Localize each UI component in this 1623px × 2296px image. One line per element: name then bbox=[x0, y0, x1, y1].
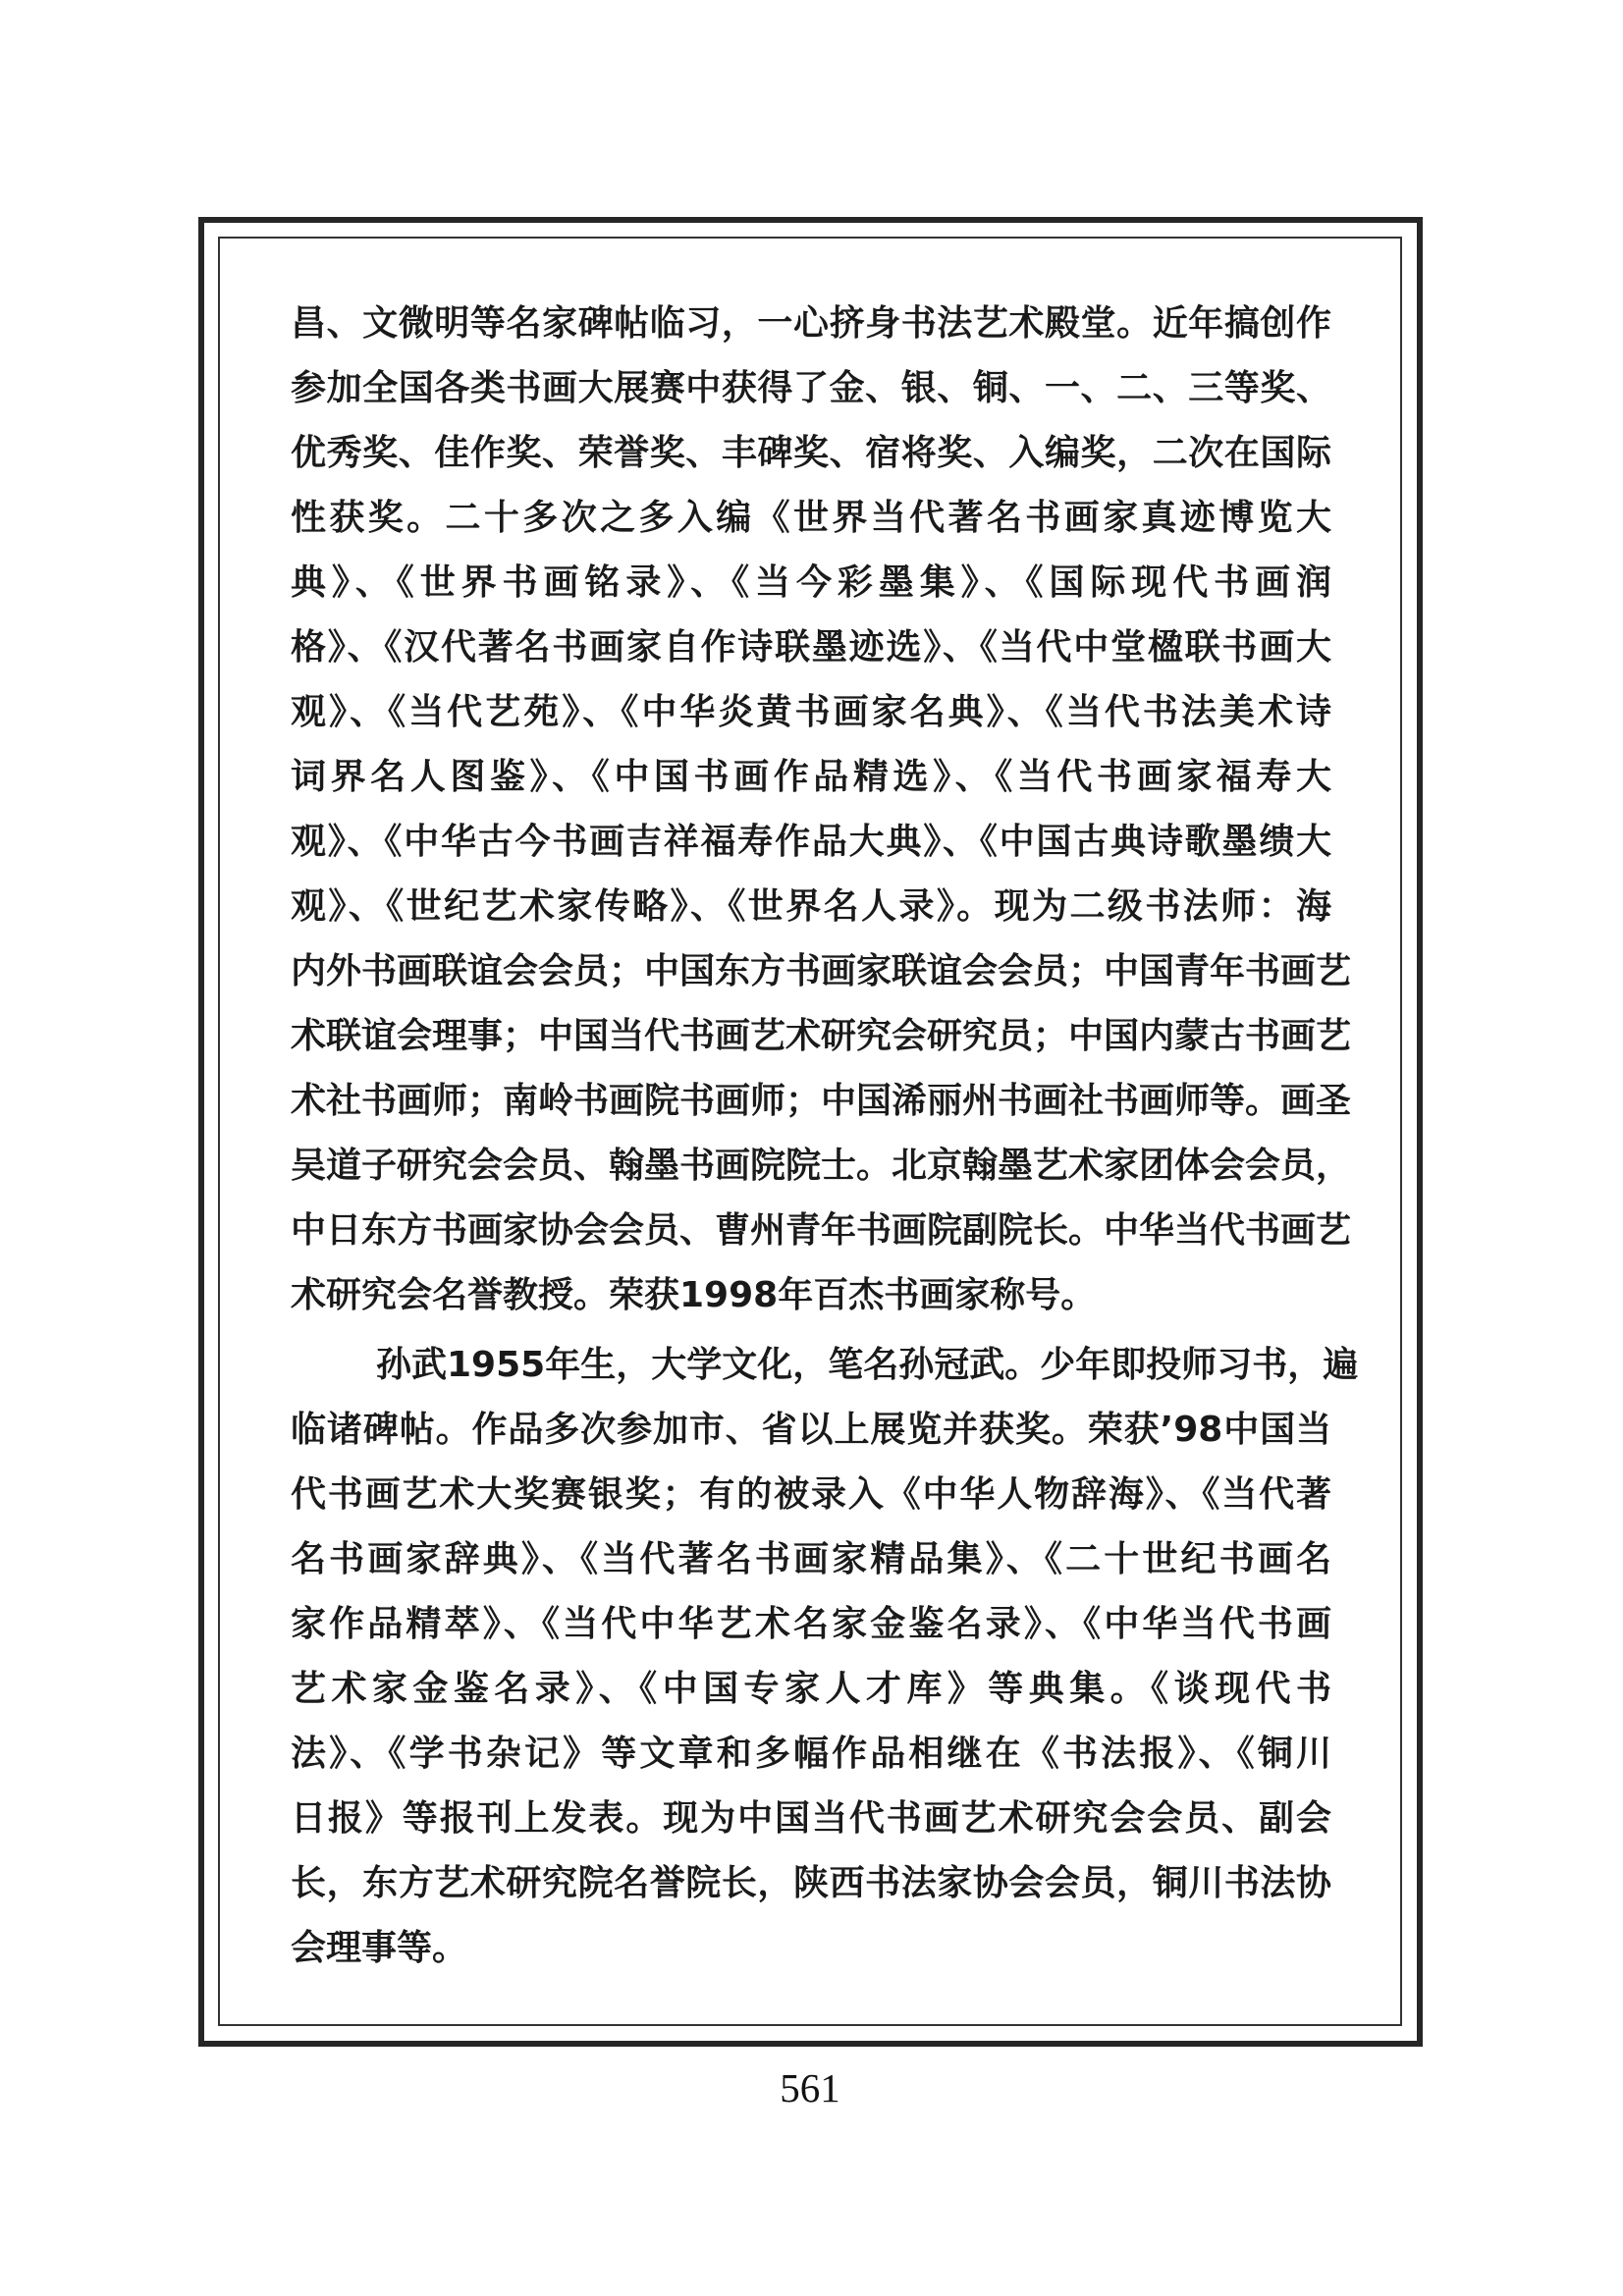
text-line: 临诸碑帖。作品多次参加市、省以上展览并获奖。荣获’98中国当 bbox=[291, 1406, 1331, 1470]
text-line: 术社书画师；南岭书画院书画师；中国浠丽州书画社书画师等。画圣 bbox=[291, 1077, 1331, 1142]
text-line: 观》、《世纪艺术家传略》、《世界名人录》。现为二级书法师：海 bbox=[291, 882, 1331, 947]
text-line: 参加全国各类书画大展赛中获得了金、银、铜、一、二、三等奖、 bbox=[291, 364, 1331, 429]
paragraph-2: 孙武1955年生，大学文化，笔名孙冠武。少年即投师习书，遍 临诸碑帖。作品多次参… bbox=[291, 1341, 1331, 1989]
text-line: 日报》等报刊上发表。现为中国当代书画艺术研究会会员、副会 bbox=[291, 1794, 1331, 1859]
text-line: 内外书画联谊会会员；中国东方书画家联谊会会员；中国青年书画艺 bbox=[291, 947, 1331, 1012]
text-line: 典》、《世界书画铭录》、《当今彩墨集》、《国际现代书画润 bbox=[291, 559, 1331, 623]
text-line: 法》、《学书杂记》等文章和多幅作品相继在《书法报》、《铜川 bbox=[291, 1730, 1331, 1794]
text-line: 艺术家金鉴名录》、《中国专家人才库》等典集。《谈现代书 bbox=[291, 1665, 1331, 1730]
text-line: 会理事等。 bbox=[291, 1924, 1331, 1989]
text-line: 名书画家辞典》、《当代著名书画家精品集》、《二十世纪书画名 bbox=[291, 1535, 1331, 1600]
paragraph-1: 昌、文微明等名家碑帖临习，一心挤身书法艺术殿堂。近年搞创作 参加全国各类书画大展… bbox=[291, 299, 1331, 1336]
text-line: 优秀奖、佳作奖、荣誉奖、丰碑奖、宿将奖、入编奖，二次在国际 bbox=[291, 429, 1331, 494]
text-line: 长，东方艺术研究院名誉院长，陕西书法家协会会员，铜川书法协 bbox=[291, 1859, 1331, 1924]
text-line: 术联谊会理事；中国当代书画艺术研究会研究员；中国内蒙古书画艺 bbox=[291, 1012, 1331, 1077]
text-line: 昌、文微明等名家碑帖临习，一心挤身书法艺术殿堂。近年搞创作 bbox=[291, 299, 1331, 364]
text-line: 中日东方书画家协会会员、曹州青年书画院副院长。中华当代书画艺 bbox=[291, 1206, 1331, 1271]
text-line: 孙武1955年生，大学文化，笔名孙冠武。少年即投师习书，遍 bbox=[291, 1341, 1331, 1406]
text-line: 词界名人图鉴》、《中国书画作品精选》、《当代书画家福寿大 bbox=[291, 753, 1331, 818]
page-number: 561 bbox=[761, 2065, 859, 2110]
text-line: 观》、《中华古今书画吉祥福寿作品大典》、《中国古典诗歌墨缋大 bbox=[291, 818, 1331, 882]
text-line: 格》、《汉代著名书画家自作诗联墨迹选》、《当代中堂楹联书画大 bbox=[291, 623, 1331, 688]
biography-text: 昌、文微明等名家碑帖临习，一心挤身书法艺术殿堂。近年搞创作 参加全国各类书画大展… bbox=[291, 299, 1331, 1989]
text-line: 吴道子研究会会员、翰墨书画院院士。北京翰墨艺术家团体会会员， bbox=[291, 1142, 1331, 1206]
text-line: 家作品精萃》、《当代中华艺术名家金鉴名录》、《中华当代书画 bbox=[291, 1600, 1331, 1665]
text-line: 术研究会名誉教授。荣获1998年百杰书画家称号。 bbox=[291, 1271, 1331, 1336]
text-line: 代书画艺术大奖赛银奖；有的被录入《中华人物辞海》、《当代著 bbox=[291, 1470, 1331, 1535]
text-line: 观》、《当代艺苑》、《中华炎黄书画家名典》、《当代书法美术诗 bbox=[291, 688, 1331, 753]
text-line: 性获奖。二十多次之多入编《世界当代著名书画家真迹博览大 bbox=[291, 494, 1331, 559]
